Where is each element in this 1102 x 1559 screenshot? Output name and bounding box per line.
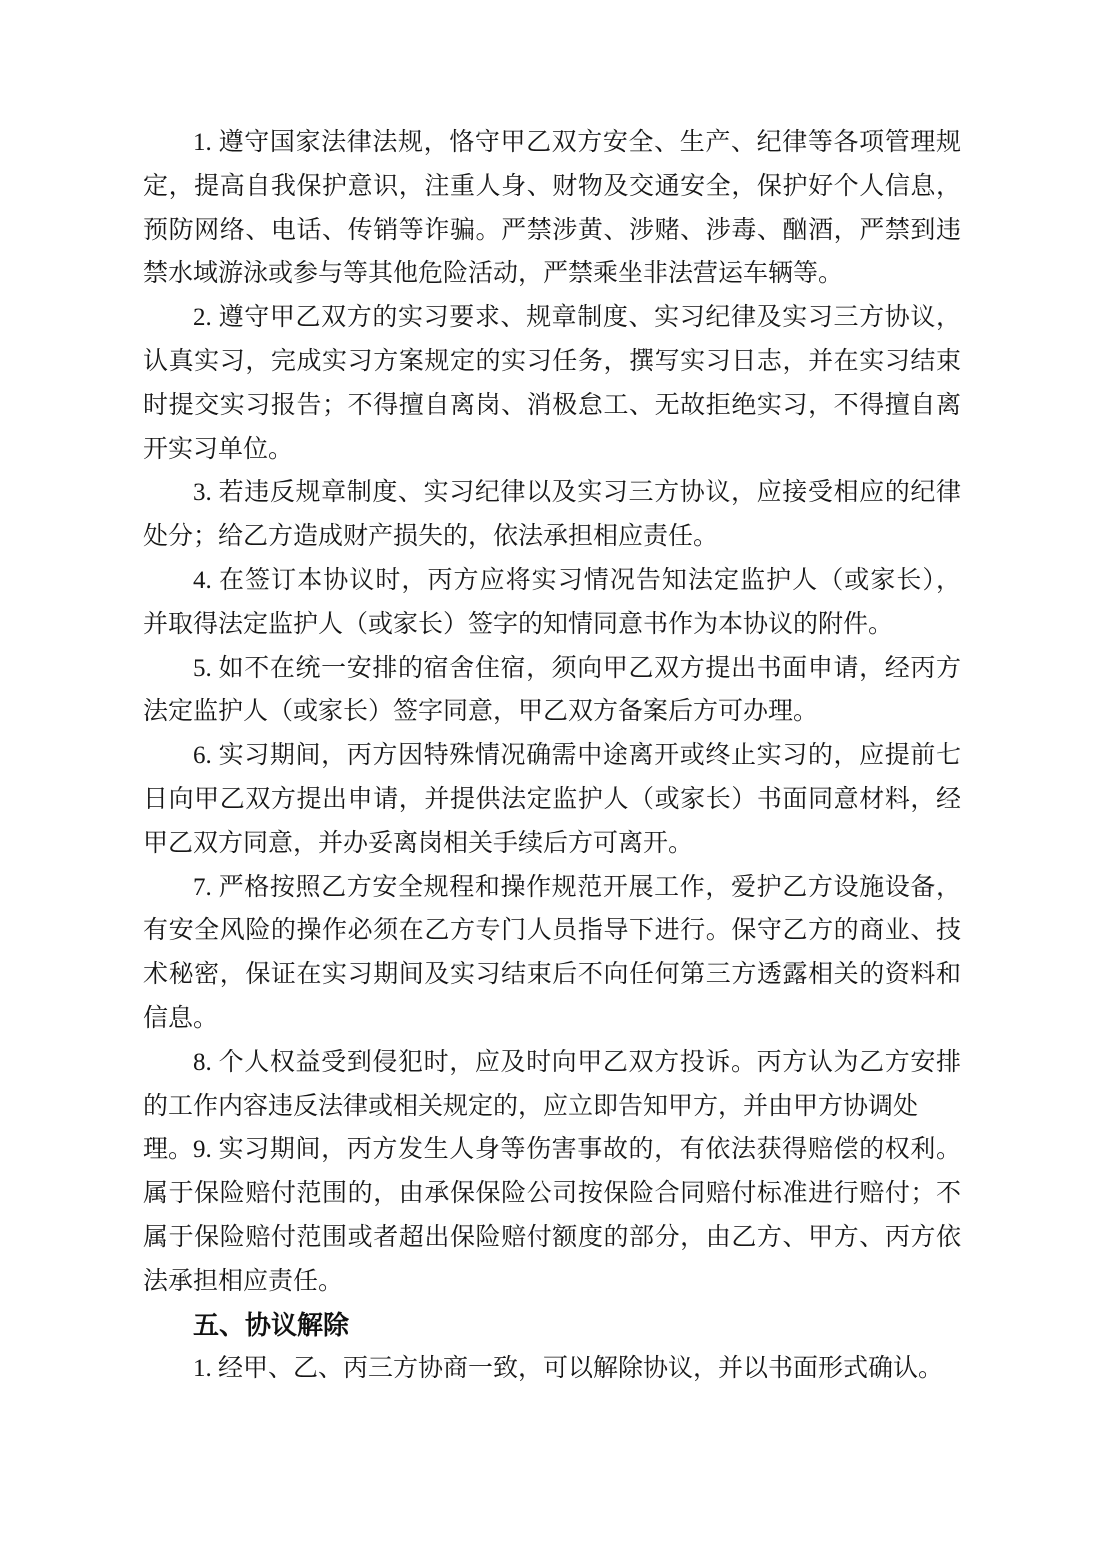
document-line: 1. 遵守国家法律法规，恪守甲乙双方安全、生产、纪律等各项管理规 [143, 121, 961, 165]
document-page: 1. 遵守国家法律法规，恪守甲乙双方安全、生产、纪律等各项管理规定，提高自我保护… [0, 0, 1102, 1559]
document-line: 认真实习，完成实习方案规定的实习任务，撰写实习日志，并在实习结束 [143, 340, 961, 384]
document-line: 7. 严格按照乙方安全规程和操作规范开展工作，爱护乙方设施设备， [143, 866, 961, 910]
document-line: 信息。 [143, 997, 961, 1041]
document-line: 有安全风险的操作必须在乙方专门人员指导下进行。保守乙方的商业、技 [143, 909, 961, 953]
document-line: 2. 遵守甲乙双方的实习要求、规章制度、实习纪律及实习三方协议， [143, 296, 961, 340]
document-line: 8. 个人权益受到侵犯时，应及时向甲乙双方投诉。丙方认为乙方安排 [143, 1041, 961, 1085]
document-line: 4. 在签订本协议时，丙方应将实习情况告知法定监护人（或家长）， [143, 559, 961, 603]
document-line: 属于保险赔付范围或者超出保险赔付额度的部分，由乙方、甲方、丙方依 [143, 1216, 961, 1260]
document-line: 开实习单位。 [143, 428, 961, 472]
document-line: 定，提高自我保护意识，注重人身、财物及交通安全，保护好个人信息， [143, 165, 961, 209]
document-line: 法定监护人（或家长）签字同意，甲乙双方备案后方可办理。 [143, 690, 961, 734]
document-line: 法承担相应责任。 [143, 1260, 961, 1304]
document-line: 9. 实习期间，丙方发生人身等伤害事故的，有依法获得赔偿的权利。 [143, 1128, 961, 1172]
document-line: 时提交实习报告；不得擅自离岗、消极怠工、无故拒绝实习，不得擅自离 [143, 384, 961, 428]
document-line: 5. 如不在统一安排的宿舍住宿，须向甲乙双方提出书面申请，经丙方 [143, 647, 961, 691]
document-line: 6. 实习期间，丙方因特殊情况确需中途离开或终止实习的，应提前七 [143, 734, 961, 778]
document-line: 预防网络、电话、传销等诈骗。严禁涉黄、涉赌、涉毒、酗酒，严禁到违 [143, 209, 961, 253]
document-line: 并取得法定监护人（或家长）签字的知情同意书作为本协议的附件。 [143, 603, 961, 647]
document-content: 1. 遵守国家法律法规，恪守甲乙双方安全、生产、纪律等各项管理规定，提高自我保护… [143, 121, 961, 1391]
document-line: 处分；给乙方造成财产损失的，依法承担相应责任。 [143, 515, 961, 559]
document-line: 1. 经甲、乙、丙三方协商一致，可以解除协议，并以书面形式确认。 [143, 1347, 961, 1391]
document-line: 日向甲乙双方提出申请，并提供法定监护人（或家长）书面同意材料，经 [143, 778, 961, 822]
document-line: 术秘密，保证在实习期间及实习结束后不向任何第三方透露相关的资料和 [143, 953, 961, 997]
document-line: 禁水域游泳或参与等其他危险活动，严禁乘坐非法营运车辆等。 [143, 252, 961, 296]
section-heading: 五、协议解除 [143, 1304, 961, 1348]
document-line: 的工作内容违反法律或相关规定的，应立即告知甲方，并由甲方协调处理。 [143, 1085, 961, 1129]
document-line: 3. 若违反规章制度、实习纪律以及实习三方协议，应接受相应的纪律 [143, 471, 961, 515]
document-line: 甲乙双方同意，并办妥离岗相关手续后方可离开。 [143, 822, 961, 866]
document-line: 属于保险赔付范围的，由承保保险公司按保险合同赔付标准进行赔付；不 [143, 1172, 961, 1216]
